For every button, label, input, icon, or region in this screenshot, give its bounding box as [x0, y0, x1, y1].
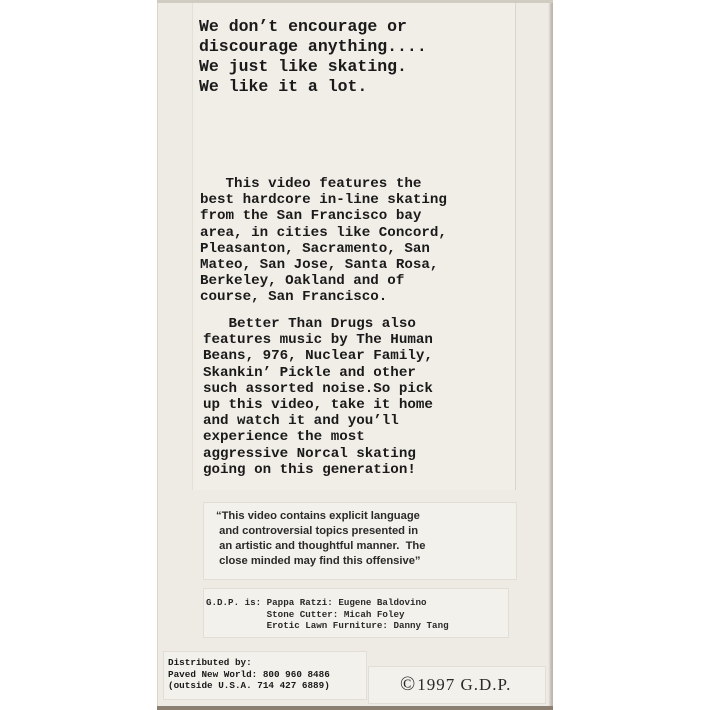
copyright-notice: ©1997 G.D.P.	[400, 673, 511, 696]
disclaimer-text: “This video contains explicit language a…	[216, 509, 425, 569]
copyright-text: 1997 G.D.P.	[417, 675, 511, 694]
copyright-icon: ©	[400, 673, 416, 695]
distributor-text: Distributed by: Paved New World: 800 960…	[168, 657, 330, 692]
cover-bottom-edge	[157, 706, 553, 710]
music-paragraph: Better Than Drugs also features music by…	[203, 316, 433, 478]
credits-text: G.D.P. is: Pappa Ratzi: Eugene Baldovino…	[206, 597, 449, 632]
features-paragraph: This video features the best hardcore in…	[200, 176, 447, 306]
tagline: We don’t encourage or discourage anythin…	[199, 17, 427, 97]
